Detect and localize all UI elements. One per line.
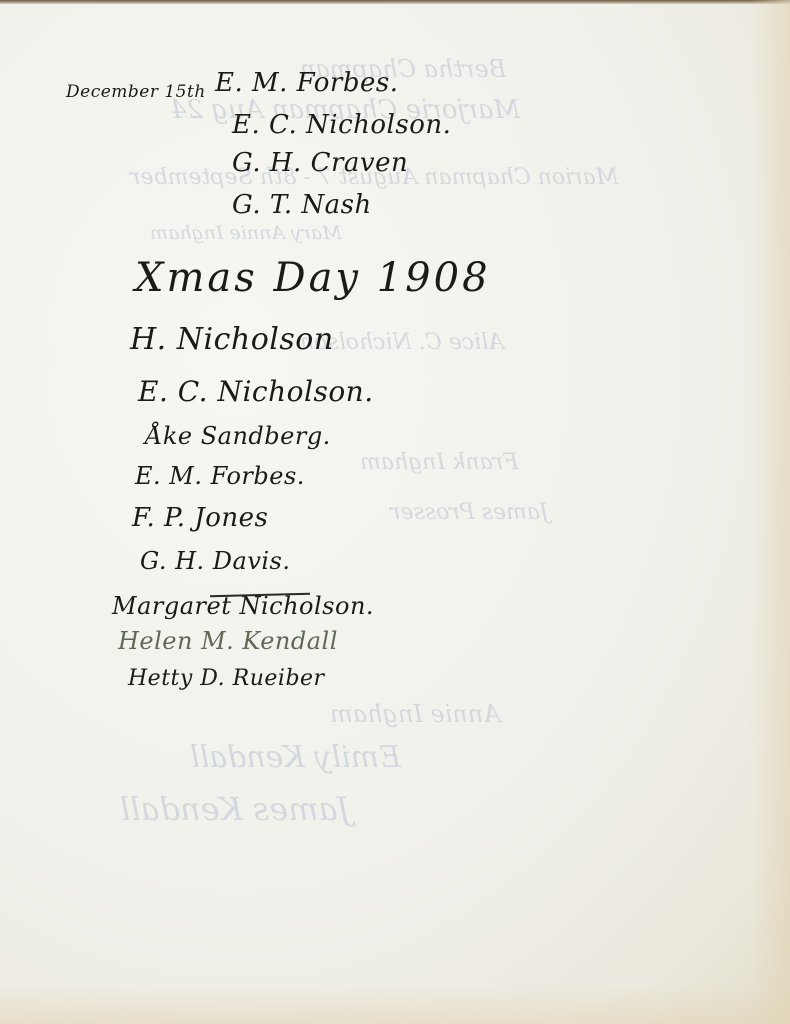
signature: Helen M. Kendall [118,627,338,655]
signature: F. P. Jones [132,503,268,533]
entry-heading: Xmas Day 1908 [135,255,491,301]
bleed-through-text: James Prosser [390,500,549,525]
signature: E. C. Nicholson. [232,110,451,140]
signature: Hetty D. Rueiber [128,666,325,691]
signature: G. H. Davis. [140,547,291,575]
signature: G. H. Craven [232,148,408,178]
bleed-through-text: Frank Ingham [360,450,518,475]
page-top-edge [0,0,790,4]
bleed-through-text: Annie Ingham [330,700,501,728]
signature: Åke Sandberg. [145,422,331,450]
signature: E. M. Forbes. [215,68,399,98]
signature: E. C. Nicholson. [138,375,374,408]
bleed-through-text: Emily Kendall [190,740,401,775]
bleed-through-text: Mary Annie Ingham [150,222,342,244]
signature: G. T. Nash [232,190,372,220]
bleed-through-text: James Kendall [120,790,350,828]
page-right-edge-shadow [750,0,790,1024]
entry-date: December 15th [66,82,206,102]
signature: H. Nicholson [130,322,334,357]
signature: E. M. Forbes. [135,462,305,490]
page-bottom-edge-shadow [0,984,790,1024]
guestbook-page: Bertha Chapman Marjorie Chapman Aug 24 M… [0,0,790,1024]
